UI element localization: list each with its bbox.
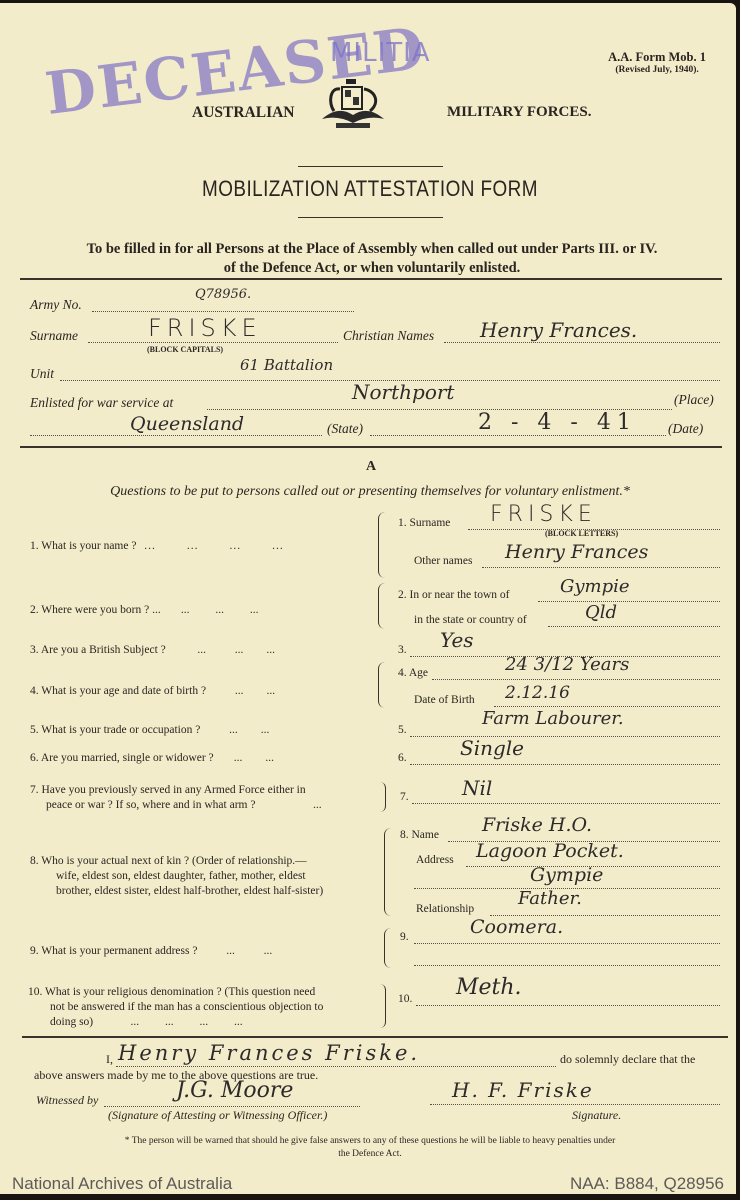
footnote-line-2: the Defence Act.: [0, 1148, 740, 1161]
question-9: 9. What is your permanent address ? ... …: [30, 944, 272, 959]
witness-signature-line: [104, 1106, 360, 1107]
divider: [20, 278, 722, 280]
section-heading: A: [366, 459, 376, 475]
divider: [298, 166, 443, 167]
form-number-block: A.A. Form Mob. 1 (Revised July, 1940).: [608, 50, 706, 75]
answer-3[interactable]: Yes: [440, 628, 474, 652]
army-no-line: [92, 311, 354, 312]
date-label: (Date): [668, 421, 703, 437]
question-10-line-2: not be answered if the man has a conscie…: [28, 1000, 323, 1015]
question-6: 6. Are you married, single or widower ? …: [30, 751, 274, 766]
archive-watermark-right: NAA: B884, Q28956: [570, 1174, 724, 1194]
subtitle-line-1: To be filled in for all Persons at the P…: [20, 240, 724, 259]
declaration-i: I,: [106, 1052, 113, 1067]
answer-line: [538, 601, 720, 602]
divider: [298, 217, 443, 218]
answer-5-label: 5.: [398, 723, 407, 738]
christian-names-line: [444, 342, 720, 343]
divider: [20, 446, 722, 448]
block-letters-note: (BLOCK LETTERS): [545, 529, 618, 538]
declaration-name-line: [116, 1066, 556, 1067]
answer-2-town[interactable]: Gympie: [560, 576, 630, 597]
unit-label: Unit: [30, 366, 54, 382]
surname-value[interactable]: FRISKE: [148, 314, 262, 342]
question-8: 8. Who is your actual next of kin ? (Ord…: [30, 854, 323, 899]
answer-7-label: 7.: [400, 790, 409, 805]
militia-stamp: MILITIA: [330, 38, 431, 68]
question-5: 5. What is your trade or occupation ? ..…: [30, 723, 269, 738]
answer-4-dob[interactable]: 2.12.16: [505, 683, 570, 703]
state-line: [30, 435, 322, 436]
witness-caption: (Signature of Attesting or Witnessing Of…: [108, 1108, 327, 1123]
declaration-name[interactable]: Henry Frances Friske.: [118, 1041, 420, 1065]
answer-line: [410, 764, 720, 765]
question-10-line-3: doing so) ... ... ... ...: [28, 1015, 323, 1030]
answer-1-surname-label: 1. Surname: [398, 516, 450, 531]
answer-6-label: 6.: [398, 751, 407, 766]
applicant-signature[interactable]: H. F. Friske: [452, 1078, 594, 1102]
revised-date: (Revised July, 1940).: [608, 65, 706, 75]
answer-6[interactable]: Single: [460, 736, 524, 760]
subtitle-line-2: of the Defence Act, or when voluntarily …: [20, 259, 724, 278]
answer-line: [416, 1005, 720, 1006]
answer-10[interactable]: Meth.: [456, 975, 522, 1000]
answer-8-address-label: Address: [416, 853, 454, 868]
subtitle: To be filled in for all Persons at the P…: [20, 240, 724, 278]
answer-line: [414, 965, 720, 966]
answer-2-state[interactable]: Qld: [585, 602, 617, 623]
answer-line: [494, 706, 720, 707]
answer-4-age-label: 4. Age: [398, 666, 428, 681]
answer-1-other[interactable]: Henry Frances: [505, 541, 648, 563]
date-line: [370, 435, 666, 436]
answer-10-label: 10.: [398, 992, 412, 1007]
page-title: MOBILIZATION ATTESTATION FORM: [52, 176, 688, 202]
divider: [22, 1036, 728, 1038]
question-8-line-3: brother, eldest sister, eldest half-brot…: [30, 884, 323, 899]
question-7-line-2: peace or war ? If so, where and in what …: [30, 798, 322, 813]
brace: [380, 782, 386, 812]
answer-line: [548, 626, 720, 627]
answer-line: [482, 567, 720, 568]
witness-signature[interactable]: J.G. Moore: [176, 1078, 293, 1103]
question-8-line-1: 8. Who is your actual next of kin ? (Ord…: [30, 854, 323, 869]
state-label: (State): [327, 421, 363, 437]
answer-9[interactable]: Coomera.: [470, 916, 563, 938]
answer-8-name-label: 8. Name: [400, 828, 439, 843]
brace: [378, 512, 385, 578]
answer-8-address-2[interactable]: Gympie: [530, 864, 603, 886]
christian-names-value[interactable]: Henry Frances.: [480, 318, 637, 342]
answer-2-town-label: 2. In or near the town of: [398, 588, 509, 603]
answer-4-age[interactable]: 24 3/12 Years: [505, 654, 629, 675]
signature-caption: Signature.: [572, 1108, 621, 1123]
header-military-forces: MILITARY FORCES.: [447, 104, 592, 121]
section-intro: Questions to be put to persons called ou…: [0, 484, 740, 500]
footnote: * The person will be warned that should …: [0, 1135, 740, 1161]
footnote-line-1: * The person will be warned that should …: [0, 1135, 740, 1148]
answer-line: [410, 736, 720, 737]
brace: [378, 662, 385, 708]
place-label: (Place): [674, 392, 714, 408]
question-1: 1. What is your name ? ... ... ... ...: [30, 539, 284, 554]
question-7-line-1: 7. Have you previously served in any Arm…: [30, 783, 322, 798]
state-value[interactable]: Queensland: [130, 413, 244, 435]
answer-8-name[interactable]: Friske H.O.: [482, 814, 592, 836]
block-capitals-note: (BLOCK CAPITALS): [147, 345, 223, 354]
archive-watermark-left: National Archives of Australia: [12, 1174, 232, 1194]
answer-2-state-label: in the state or country of: [414, 613, 527, 628]
enlisted-place-value[interactable]: Northport: [352, 380, 454, 404]
date-value[interactable]: 2 - 4 - 41: [478, 410, 637, 435]
brace: [380, 984, 386, 1028]
surname-label: Surname: [30, 328, 78, 344]
question-3: 3. Are you a British Subject ? ... ... .…: [30, 643, 275, 658]
question-4: 4. What is your age and date of birth ? …: [30, 684, 275, 699]
unit-value[interactable]: 61 Battalion: [240, 356, 333, 374]
surname-line: [88, 342, 338, 343]
christian-names-label: Christian Names: [343, 328, 434, 344]
header-australian: AUSTRALIAN: [192, 104, 295, 122]
answer-7[interactable]: Nil: [462, 776, 492, 800]
answer-5[interactable]: Farm Labourer.: [482, 708, 624, 729]
question-10-line-1: 10. What is your religious denomination …: [28, 985, 323, 1000]
witnessed-by-label: Witnessed by: [36, 1093, 98, 1108]
army-no-value[interactable]: Q78956.: [195, 287, 251, 302]
brace: [384, 928, 391, 968]
question-8-line-2: wife, eldest son, eldest daughter, fathe…: [30, 869, 323, 884]
answer-8-relationship-label: Relationship: [416, 902, 474, 917]
answer-9-label: 9.: [400, 930, 409, 945]
answer-8-relationship[interactable]: Father.: [518, 888, 582, 909]
answer-line: [414, 943, 720, 944]
answer-4-dob-label: Date of Birth: [414, 693, 475, 708]
army-no-label: Army No.: [30, 297, 82, 313]
scan-edge: [0, 1194, 740, 1200]
answer-3-label: 3.: [398, 643, 407, 658]
answer-8-address-1[interactable]: Lagoon Pocket.: [476, 840, 624, 862]
brace: [378, 583, 385, 629]
answer-line: [432, 679, 720, 680]
question-7: 7. Have you previously served in any Arm…: [30, 783, 322, 813]
signature-line: [430, 1104, 720, 1105]
coat-of-arms-icon: [318, 75, 388, 135]
brace: [384, 828, 391, 916]
answer-line: [412, 803, 720, 804]
answer-1-surname[interactable]: FRISKE: [490, 502, 597, 527]
declaration-tail: do solemnly declare that the: [560, 1052, 695, 1067]
question-2: 2. Where were you born ? ... ... ... ...: [30, 603, 258, 618]
answer-1-other-label: Other names: [414, 554, 472, 569]
enlisted-label: Enlisted for war service at: [30, 395, 173, 411]
question-10: 10. What is your religious denomination …: [28, 985, 323, 1030]
form-number: A.A. Form Mob. 1: [608, 50, 706, 65]
